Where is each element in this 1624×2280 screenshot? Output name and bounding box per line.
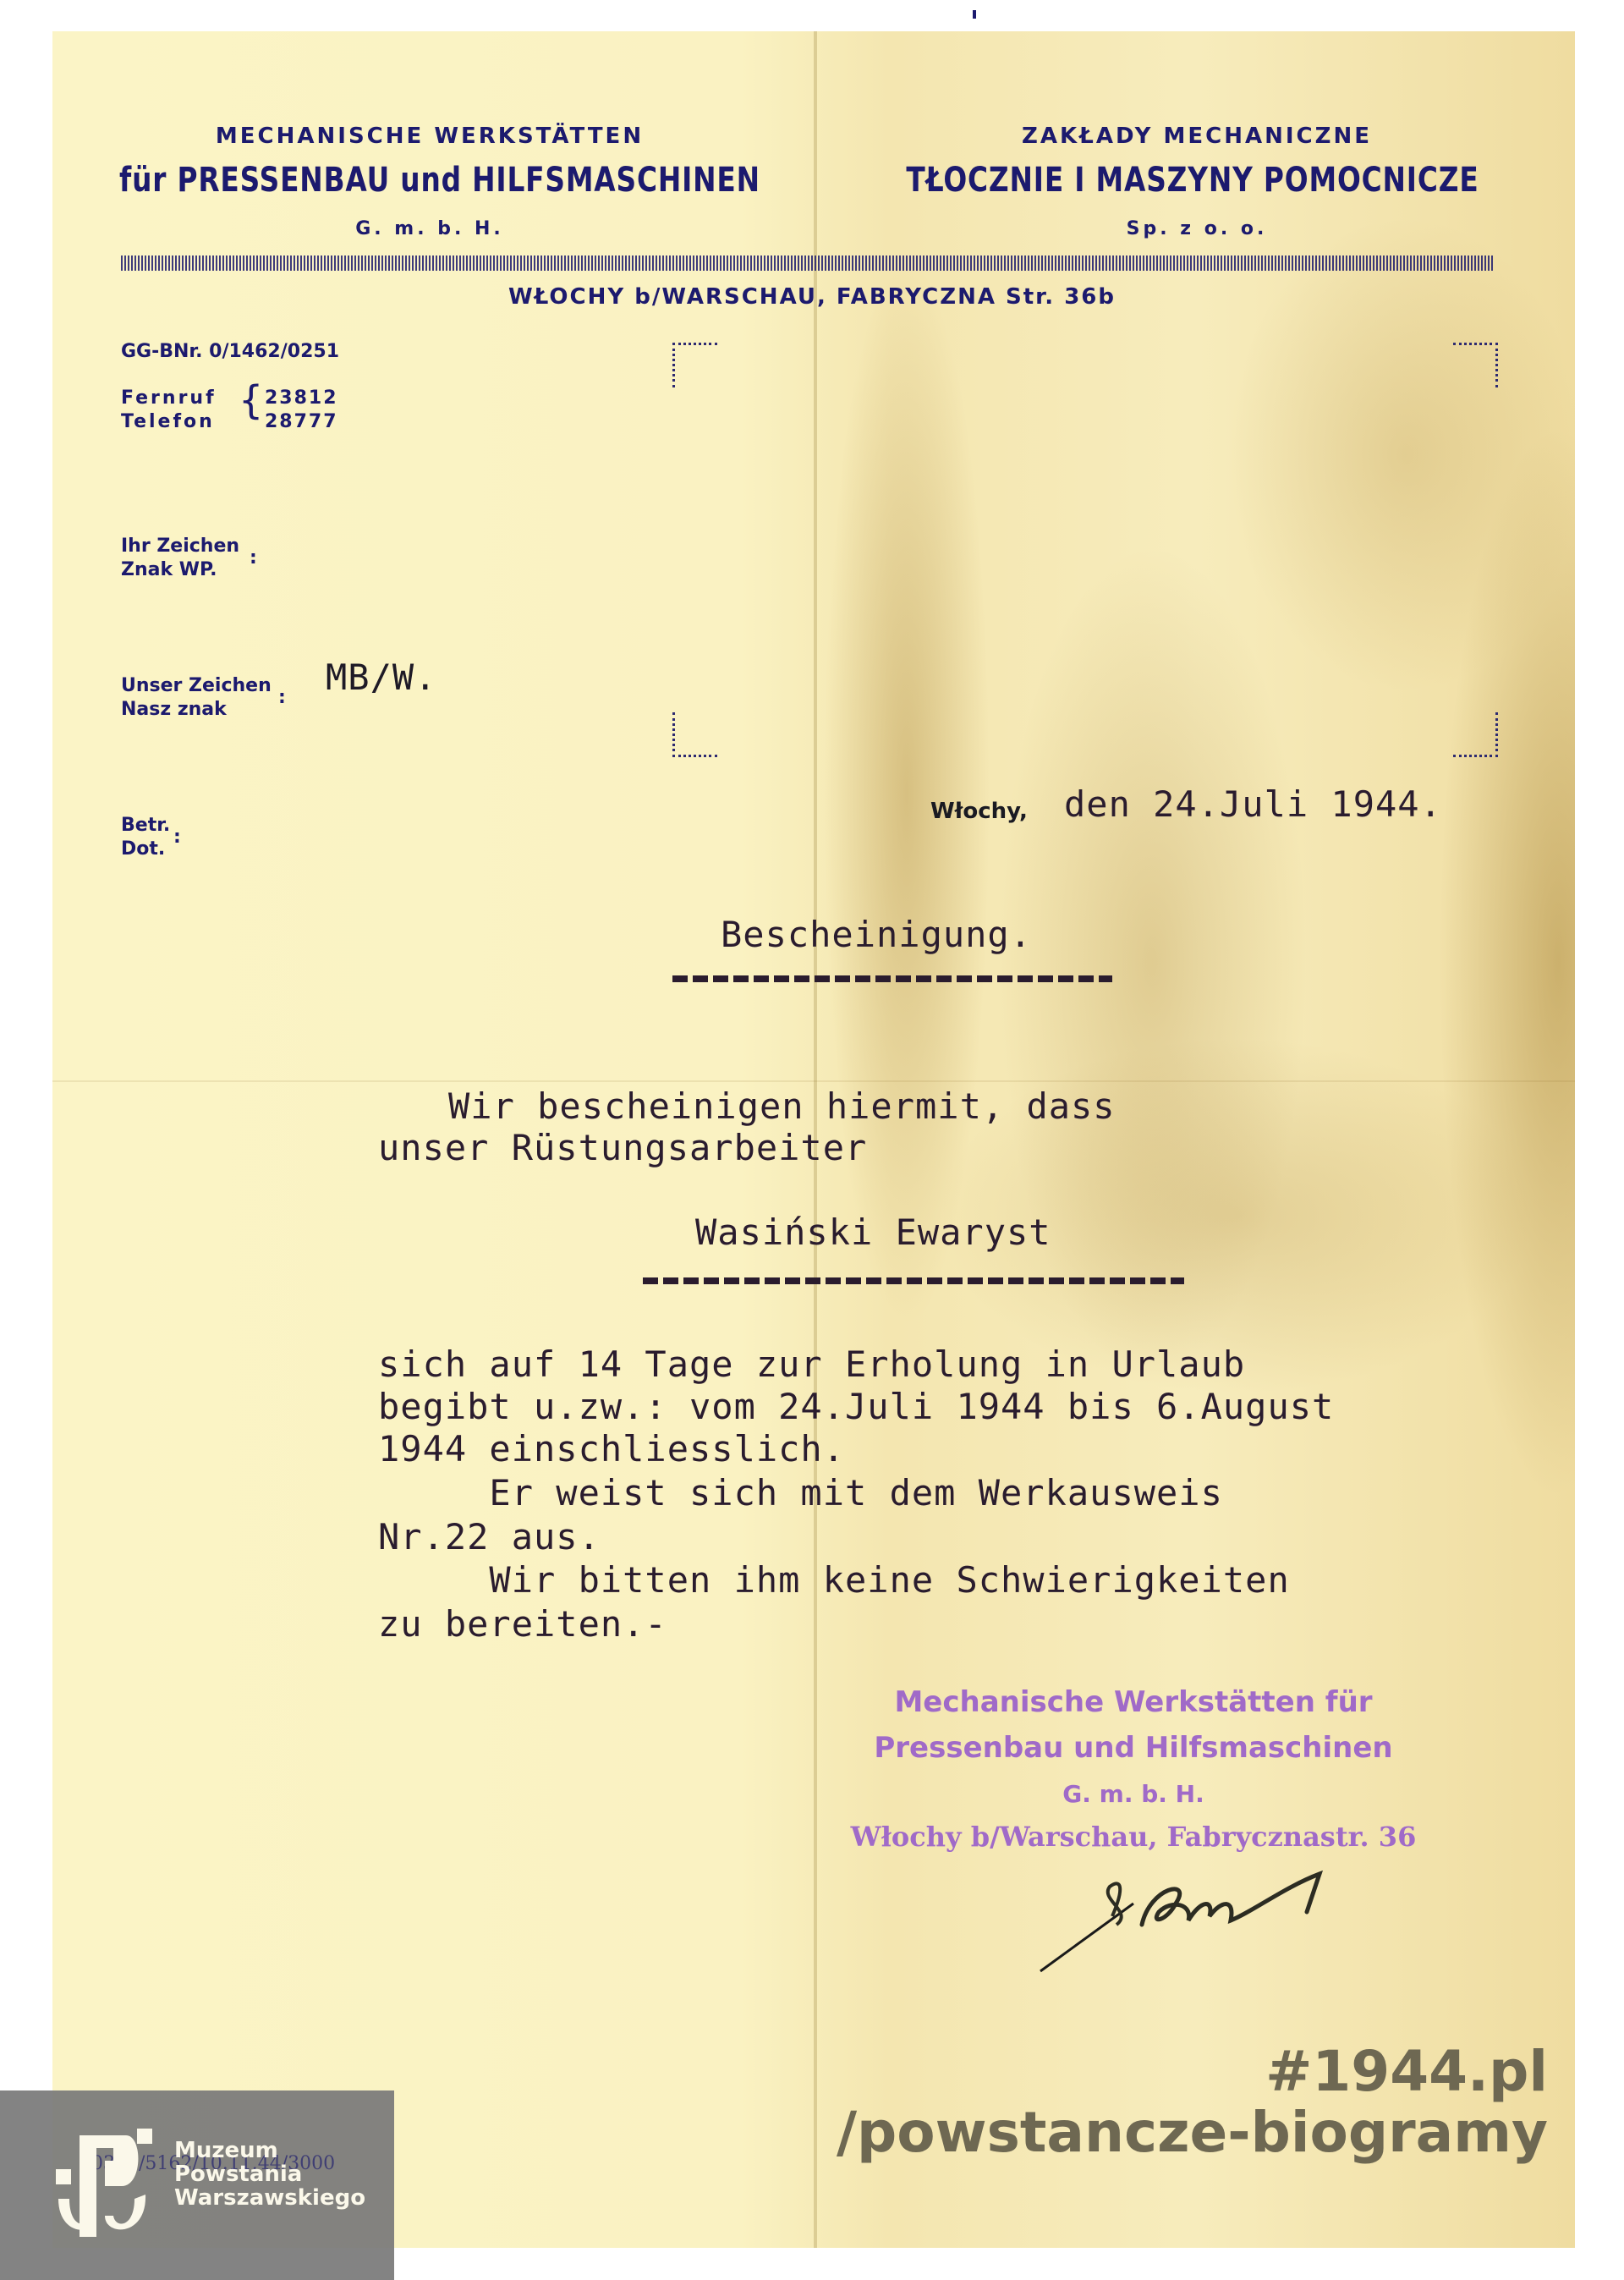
betreff-de: Betr. [121,814,170,838]
dateline-date: den 24.Juli 1944. [1064,783,1442,825]
body-line-1: sich auf 14 Tage zur Erholung in Urlaub [378,1343,1245,1385]
window-corner-top-left [672,343,717,387]
letterhead-german-line1: MECHANISCHE WERKSTÄTTEN [121,124,738,149]
betreff: Betr. Dot. : [121,814,170,861]
ihr-zeichen: Ihr Zeichen Znak WP. : [121,535,239,582]
stamp-line-2: Pressenbau und Hilfsmaschinen [846,1731,1421,1765]
window-corner-top-right [1453,343,1498,387]
body-line-3: 1944 einschliesslich. [378,1428,845,1470]
stamp-line-1: Mechanische Werkstätten für [846,1685,1421,1719]
unser-zeichen-pl: Nasz znak [121,698,272,722]
body-line-4: Er weist sich mit dem Werkausweis [378,1472,1223,1514]
document-title: Bescheinigung. [721,914,1032,955]
stamp-line-4: Włochy b/Warschau, Fabrycznastr. 36 [846,1821,1421,1853]
unser-zeichen-value: MB/W. [326,657,436,698]
letterhead-address: WŁOCHY b/WARSCHAU, FABRYCZNA Str. 36b [0,284,1624,310]
museum-logo-line-1: Muzeum [174,2139,278,2162]
body-line-5: Nr.22 aus. [378,1516,601,1558]
paper-mark [973,10,976,19]
window-corner-bottom-left [672,712,717,757]
body-intro-line-2: unser Rüstungsarbeiter [378,1127,867,1168]
unser-zeichen-de: Unser Zeichen [121,674,272,698]
anchor-logo-icon [54,2127,156,2237]
museum-logo-line-2: Powstania [174,2162,302,2186]
worker-name: Wasiński Ewaryst [695,1211,1051,1253]
phone-number-2: 28777 [265,410,338,434]
fold-line-horizontal [52,1080,1575,1082]
letterhead-german-line2: für PRESSENBAU und HILFSMASCHINEN [119,161,743,200]
ihr-zeichen-de: Ihr Zeichen [121,535,239,558]
unser-zeichen: Unser Zeichen Nasz znak : [121,674,272,722]
body-line-7: zu bereiten.- [378,1603,667,1645]
body-intro-line-1: Wir bescheinigen hiermit, dass [448,1085,1116,1127]
phone-brace: { [239,381,263,420]
gg-bnr: GG-BNr. 0/1462/0251 [121,340,339,364]
betreff-pl: Dot. [121,838,170,861]
letterhead-polish-line1: ZAKŁADY MECHANICZNE [854,124,1539,149]
window-corner-bottom-right [1453,712,1498,757]
signature [1032,1853,1387,1980]
ihr-zeichen-pl: Znak WP. [121,558,239,582]
phone-labels: Fernruf Telefon [121,387,217,434]
body-line-6: Wir bitten ihm keine Schwierigkeiten [378,1559,1290,1601]
letterhead-german-line3: G. m. b. H. [121,218,738,239]
letterhead-polish-line3: Sp. z o. o. [854,218,1539,239]
phone-numbers: 23812 28777 [265,387,338,434]
phone-label-telefon: Telefon [121,410,217,434]
museum-logo-line-3: Warszawskiego [174,2186,365,2210]
phone-label-fernruf: Fernruf [121,387,217,410]
body-line-2: begibt u.zw.: vom 24.Juli 1944 bis 6.Aug… [378,1386,1334,1427]
title-underline [672,975,1112,982]
letterhead-polish-line2: TŁOCZNIE I MASZYNY POMOCNICZE [881,161,1505,200]
letterhead-rule [121,255,1495,271]
stamp-line-3: G. m. b. H. [846,1780,1421,1808]
watermark-path: /powstancze-biogramy [837,2100,1548,2165]
phone-number-1: 23812 [265,387,338,410]
dateline-place: Włochy, [930,799,1028,823]
watermark-site: #1944.pl [1265,2039,1548,2104]
name-underline [643,1277,1184,1284]
